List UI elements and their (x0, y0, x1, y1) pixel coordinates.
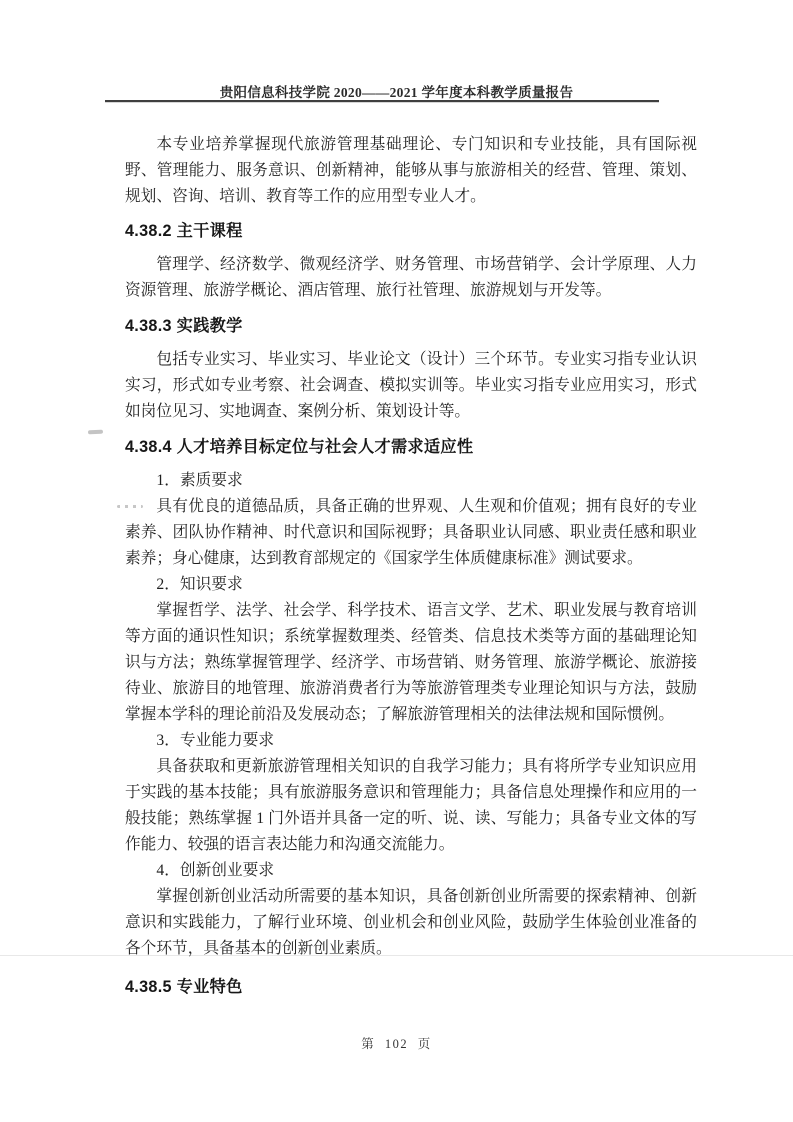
scan-artifact-line (0, 955, 793, 956)
scan-artifact-dots (117, 505, 143, 508)
sub-item-1-title: 1．素质要求 (125, 468, 697, 494)
sub-item-4-text: 掌握创新创业活动所需要的基本知识，具备创新创业所需要的探索精神、创新意识和实践能… (125, 884, 697, 962)
section-heading-4-38-2: 4.38.2 主干课程 (125, 218, 697, 244)
sub-item-3-text: 具备获取和更新旅游管理相关知识的自我学习能力；具有将所学专业知识应用于实践的基本… (125, 754, 697, 858)
section-heading-4-38-4: 4.38.4 人才培养目标定位与社会人才需求适应性 (125, 434, 697, 460)
running-header-title: 贵阳信息科技学院 2020——2021 学年度本科教学质量报告 (0, 81, 793, 101)
sub-item-2-text: 掌握哲学、法学、社会学、科学技术、语言文学、艺术、职业发展与教育培训等方面的通识… (125, 598, 697, 728)
section-4-38-3-paragraph: 包括专业实习、毕业实习、毕业论文（设计）三个环节。专业实习指专业认识实习，形式如… (125, 347, 697, 425)
sub-item-4-title: 4．创新创业要求 (125, 858, 697, 884)
sub-item-2-title: 2．知识要求 (125, 572, 697, 598)
header-rule (105, 100, 659, 102)
sub-item-3-title: 3．专业能力要求 (125, 728, 697, 754)
intro-paragraph: 本专业培养掌握现代旅游管理基础理论、专门知识和专业技能，具有国际视野、管理能力、… (125, 132, 697, 210)
document-page: 贵阳信息科技学院 2020——2021 学年度本科教学质量报告 本专业培养掌握现… (0, 0, 793, 1122)
section-4-38-2-paragraph: 管理学、经济数学、微观经济学、财务管理、市场营销学、会计学原理、人力资源管理、旅… (125, 252, 697, 304)
scan-artifact-smudge (88, 430, 103, 435)
page-footer-number: 第 102 页 (0, 1034, 793, 1052)
section-heading-4-38-5: 4.38.5 专业特色 (125, 974, 697, 1000)
sub-item-1-text: 具有优良的道德品质，具备正确的世界观、人生观和价值观；拥有良好的专业素养、团队协… (125, 494, 697, 572)
section-heading-4-38-3: 4.38.3 实践教学 (125, 313, 697, 339)
page-content: 本专业培养掌握现代旅游管理基础理论、专门知识和专业技能，具有国际视野、管理能力、… (125, 132, 697, 1000)
